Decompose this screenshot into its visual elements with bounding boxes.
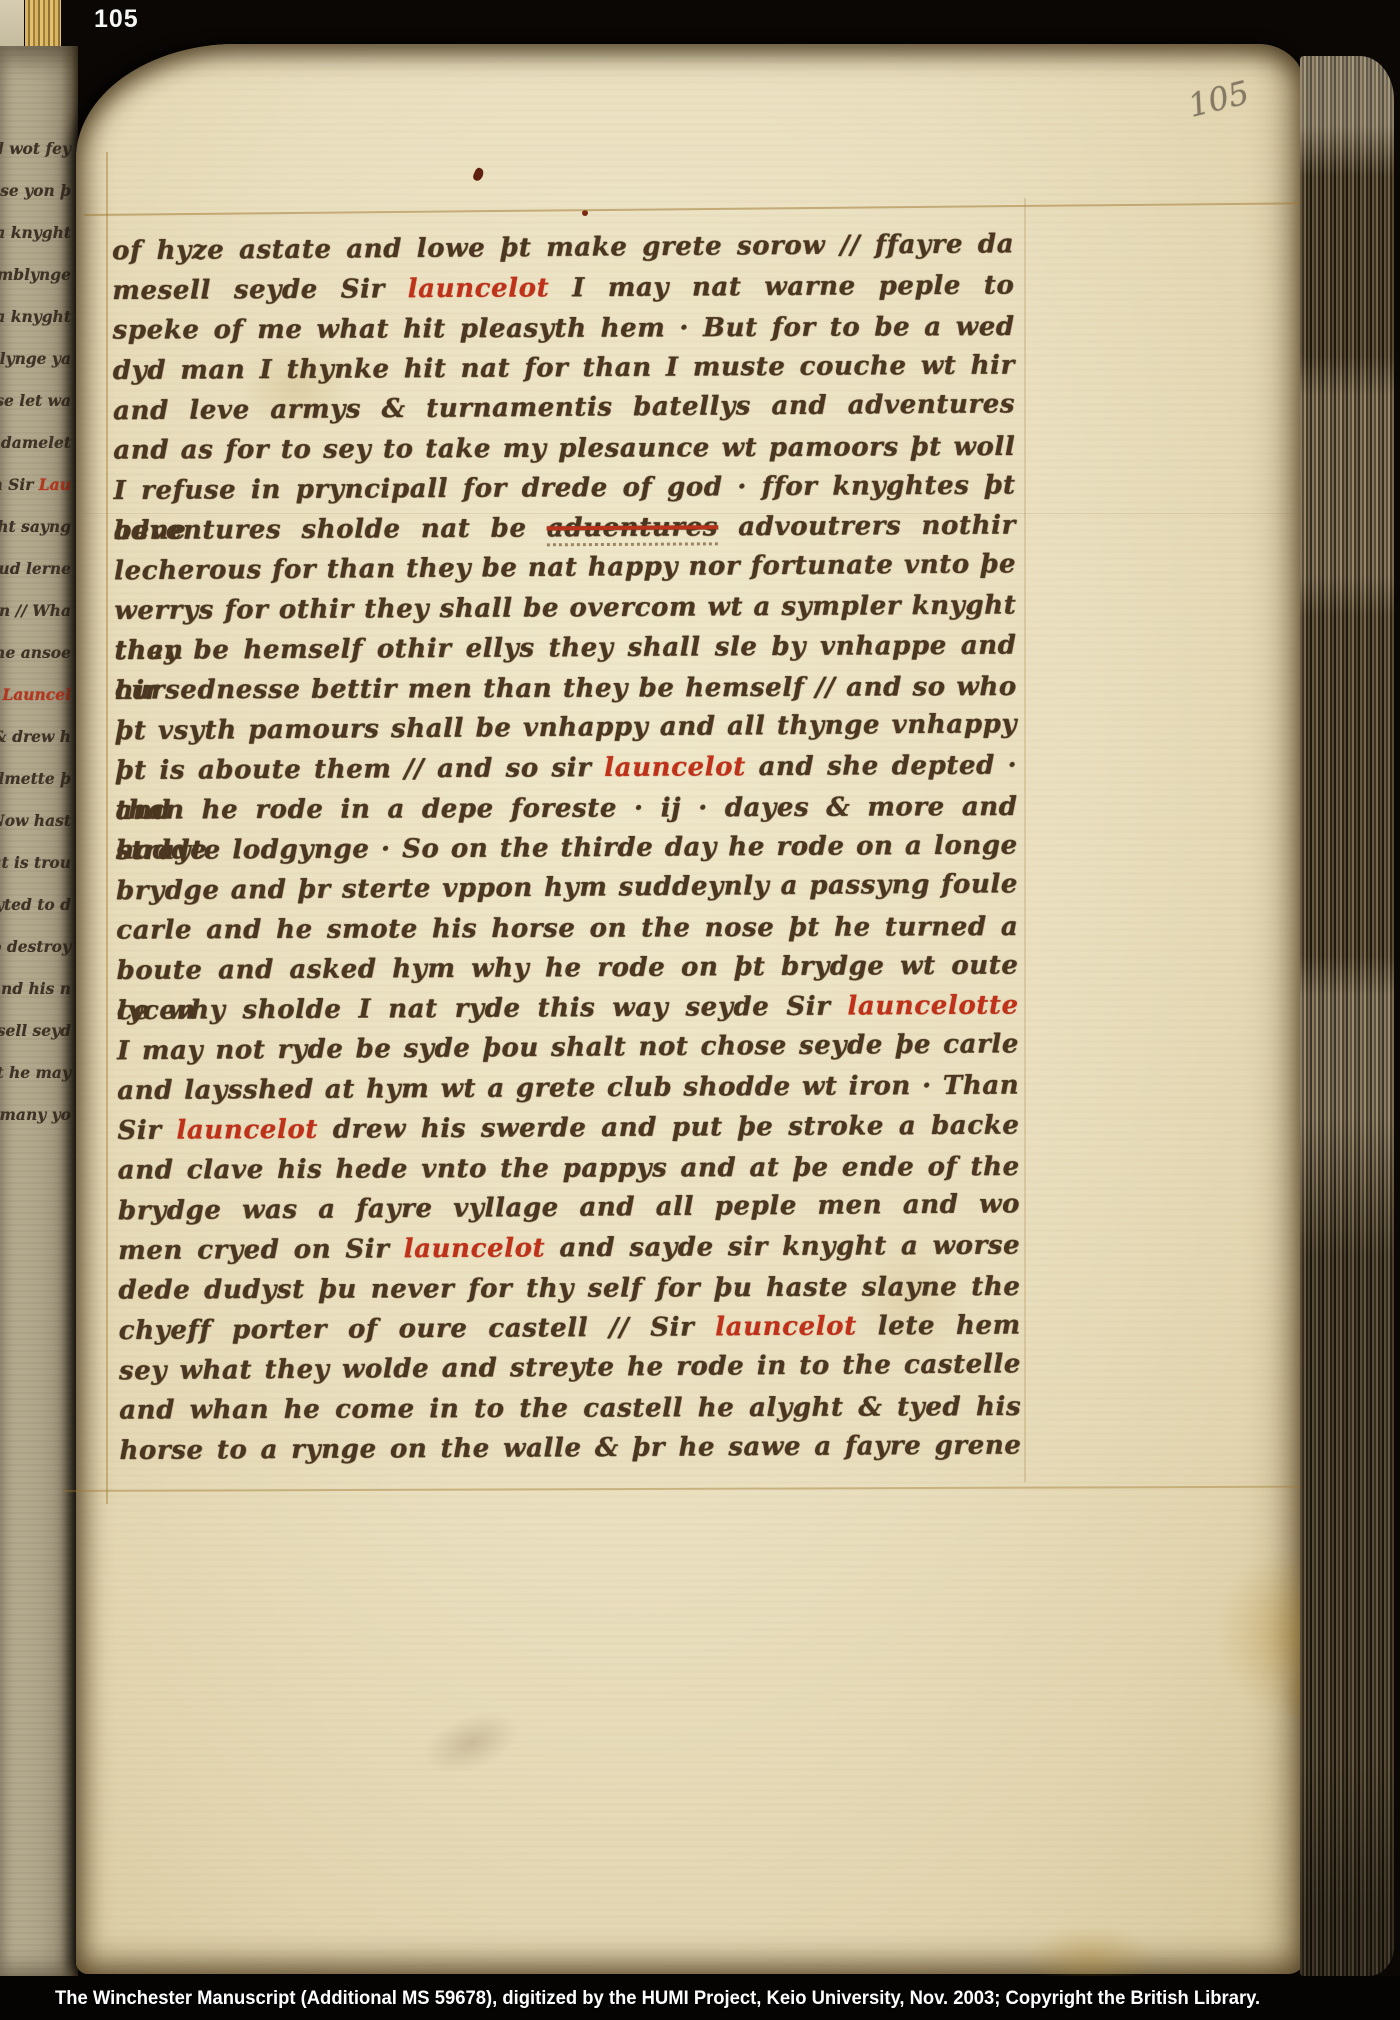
margin-fragment: ut the damelet <box>0 422 73 464</box>
previous-page-sliver: y dud wot feyy dystresse yon þad ad a kn… <box>0 46 78 1976</box>
ink-text: strayte lodgynge · So on the thirde day … <box>116 830 1018 866</box>
ink-text: who dud lerne <box>0 559 71 578</box>
ink-text: ste amblynge ya <box>0 349 71 368</box>
margin-fragment: us a knyght <box>0 296 73 338</box>
ink-text: vnto Sir <box>0 685 2 704</box>
ink-text: Sir <box>117 1116 176 1146</box>
ink-text: us a knyght <box>0 307 71 326</box>
ink-text: cursednesse bettir men than they be hems… <box>115 672 1017 706</box>
ink-text: adventures sholde nat be <box>114 513 547 546</box>
margin-fragment: ade to destroy <box>0 926 73 968</box>
manuscript-line: and as for to sey to take my plesaunce w… <box>113 427 1015 471</box>
manuscript-line: þt is aboute them // and so sir launcelo… <box>115 745 1017 791</box>
ink-text: drew his swerde and put þe stroke a back… <box>318 1110 1020 1144</box>
manuscript-line: mesell seyde Sir launcelot I may nat war… <box>112 265 1014 311</box>
book-fore-edge <box>1300 56 1394 1976</box>
ink-text: y dud wot fey <box>0 139 71 158</box>
spine-tapes <box>25 0 61 50</box>
manuscript-line: dede dudyst þu never for thy self for þu… <box>118 1267 1020 1311</box>
ink-text: and leve armys & turnamentis batellys an… <box>113 389 1015 426</box>
frame-page-number: 105 <box>94 5 139 34</box>
ink-text: e þe many yo <box>0 1105 71 1124</box>
margin-fragment: te aumblynge <box>0 254 73 296</box>
margin-fragment: ote // Now hast <box>0 800 73 842</box>
margin-fragment: e þat he may <box>0 1052 73 1094</box>
ink-text: damesell seyd <box>0 1021 71 1040</box>
ink-text: and laysshed at hym wt a grete club shod… <box>117 1070 1019 1106</box>
stain <box>415 1701 527 1786</box>
ink-text: ce why sholde I nat ryde this way seyde … <box>117 992 848 1026</box>
margin-fragment: damesell seyd <box>0 1010 73 1052</box>
margin-fragment: vnto Sir Launcel <box>0 674 73 716</box>
ink-text: brydge and þr sterte vppon hym suddeynly… <box>116 869 1018 906</box>
ink-speck <box>472 167 486 183</box>
manuscript-line: adventures sholde nat be aduentures advo… <box>114 505 1016 551</box>
manuscript-line: they be hemself othir ellys they shall s… <box>114 625 1016 671</box>
margin-fragment: ed that is trou <box>0 842 73 884</box>
caption-band: The Winchester Manuscript (Additional MS… <box>0 1976 1400 2020</box>
ink-text: ed that is trou <box>0 853 71 872</box>
ink-text: I may not ryde be syde þou shalt not cho… <box>117 1029 1019 1066</box>
ink-text: þt is aboute them // and so sir <box>115 753 604 786</box>
ink-text: þt vsyth pamours shall be vnhappy and al… <box>115 709 1017 746</box>
manuscript-line: carle and he smote his horse on the nose… <box>116 907 1018 951</box>
margin-fragment: who dud lerne <box>0 548 73 590</box>
margin-fragment: horse let wa <box>0 380 73 422</box>
rubricated-word: launcelotte <box>847 990 1018 1021</box>
ink-text: mesell seyde Sir <box>112 274 408 306</box>
ink-text: brydge was a fayre vyllage and all peple… <box>118 1189 1020 1226</box>
manuscript-line: and clave his hede vnto the pappys and a… <box>118 1147 1020 1191</box>
manuscript-text: of hyze astate and lowe þt make grete so… <box>112 225 1022 1470</box>
ink-text: and as for to sey to take my plesaunce w… <box>113 432 1015 466</box>
ink-text: e hym & drew h <box>0 727 71 746</box>
margin-fragment: e þe many yo <box>0 1094 73 1136</box>
ink-text: wayted to d <box>0 895 71 914</box>
ink-text: horse let wa <box>0 391 71 410</box>
ink-text: and whan he come in to the castell he al… <box>119 1392 1021 1426</box>
rubricated-word: launcelot <box>715 1311 857 1342</box>
ink-text: speke of me what hit pleasyth hem · But … <box>113 312 1015 346</box>
manuscript-line: sey what they wolde and streyte he rode … <box>119 1344 1021 1391</box>
ink-text: te aumblynge <box>0 265 71 284</box>
manuscript-line: than he rode in a depe foreste · ij · da… <box>115 787 1017 831</box>
manuscript-line: speke of me what hit pleasyth hem · But … <box>113 307 1015 351</box>
manuscript-viewer: { "frame": { "page_label": "105", "capti… <box>0 0 1400 2020</box>
margin-fragments: y dud wot feyy dystresse yon þad ad a kn… <box>0 128 73 1228</box>
ink-text: I may nat warne peple to <box>549 270 1014 303</box>
manuscript-line: men cryed on Sir launcelot and sayde sir… <box>118 1225 1020 1271</box>
manuscript-line: werrys for othir they shall be overcom w… <box>114 585 1016 631</box>
margin-fragment: þe knyght sayng <box>0 506 73 548</box>
ink-text: ut the damelet <box>0 433 71 452</box>
ink-text: lete hem <box>857 1310 1021 1341</box>
ink-text: y dystresse yon þ <box>0 181 71 200</box>
rubricated-word: launcelot <box>176 1115 318 1146</box>
rubricated-word: Lau <box>39 475 71 494</box>
margin-fragment: att com Sir Lau <box>0 464 73 506</box>
margin-fragment: women // Wha <box>0 590 73 632</box>
manuscript-line: of hyze astate and lowe þt make grete so… <box>112 224 1014 271</box>
manuscript-line: brydge and þr sterte vppon hym suddeynly… <box>116 864 1018 911</box>
margin-fragment: y dystresse yon þ <box>0 170 73 212</box>
ink-text: ad ad a knyght <box>0 223 71 242</box>
margin-fragment: hym he ansoe <box>0 632 73 674</box>
ink-text: sey what they wolde and streyte he rode … <box>119 1349 1021 1386</box>
ink-text: ote // Now hast <box>0 811 71 830</box>
ink-text: men and his n <box>0 979 71 998</box>
manuscript-line: I refuse in pryncipall for drede of god … <box>113 465 1015 511</box>
ink-text: of hyze astate and lowe þt make grete so… <box>112 229 1014 266</box>
manuscript-line: horse to a rynge on the walle & þr he sa… <box>119 1425 1021 1471</box>
struck-word: aduentures <box>547 512 718 546</box>
manuscript-line: I may not ryde be syde þou shalt not cho… <box>117 1024 1019 1071</box>
margin-fragment: yn wayted to d <box>0 884 73 926</box>
manuscript-line: Sir launcelot drew his swerde and put þe… <box>117 1105 1019 1151</box>
rubricated-word: launcelot <box>408 273 550 304</box>
ink-text: e þat he may <box>0 1063 71 1082</box>
ink-text: and sayde sir knyght a worse <box>545 1230 1020 1263</box>
margin-fragment: e hym & drew h <box>0 716 73 758</box>
manuscript-line: cursednesse bettir men than they be hems… <box>115 667 1017 711</box>
manuscript-line: boute and asked hym why he rode on þt br… <box>116 945 1018 991</box>
ink-text: chyeff porter of oure castell // Sir <box>119 1312 716 1346</box>
manuscript-line: strayte lodgynge · So on the thirde day … <box>116 825 1018 871</box>
ink-text: ade to destroy <box>0 937 71 956</box>
manuscript-line: and leve armys & turnamentis batellys an… <box>113 384 1015 431</box>
manuscript-line: þt vsyth pamours shall be vnhappy and al… <box>115 704 1017 751</box>
manuscript-line: ce why sholde I nat ryde this way seyde … <box>117 985 1019 1031</box>
ink-text: att com Sir <box>0 475 39 494</box>
ink-text: advoutrers nothir <box>718 510 1016 542</box>
ink-text: dyd man I thynke hit nat for than I must… <box>113 350 1015 386</box>
margin-fragment: y dud wot fey <box>0 128 73 170</box>
ruled-line-right <box>1024 198 1026 1482</box>
ink-text: dede dudyst þu never for thy self for þu… <box>118 1272 1020 1306</box>
margin-fragment: on þe helmette þ <box>0 758 73 800</box>
margin-fragment: men and his n <box>0 968 73 1010</box>
ink-text: on þe helmette þ <box>0 769 71 788</box>
manuscript-line: brydge was a fayre vyllage and all peple… <box>118 1184 1020 1231</box>
ink-text: carle and he smote his horse on the nose… <box>116 912 1018 946</box>
rubricated-word: launcelot <box>604 752 746 783</box>
manuscript-line: dyd man I thynke hit nat for than I must… <box>113 345 1015 391</box>
ink-text: and clave his hede vnto the pappys and a… <box>118 1152 1020 1186</box>
manuscript-line: and laysshed at hym wt a grete club shod… <box>117 1065 1019 1111</box>
ruled-line-left <box>106 152 108 1504</box>
manuscript-line: and whan he come in to the castell he al… <box>119 1387 1021 1431</box>
margin-fragment: ad ad a knyght <box>0 212 73 254</box>
manuscript-line: chyeff porter of oure castell // Sir lau… <box>119 1305 1021 1351</box>
ink-text: men cryed on Sir <box>118 1234 404 1266</box>
ink-text: hym he ansoe <box>0 643 71 662</box>
margin-fragment: ste amblynge ya <box>0 338 73 380</box>
caption-text: The Winchester Manuscript (Additional MS… <box>55 1988 1355 2010</box>
rubricated-word: launcelot <box>404 1233 546 1264</box>
manuscript-line: lecherous for than they be nat happy nor… <box>114 544 1016 591</box>
ink-text: horse to a rynge on the walle & þr he sa… <box>119 1430 1021 1466</box>
ink-text: þe knyght sayng <box>0 517 71 536</box>
ink-text: lecherous for than they be nat happy nor… <box>114 549 1016 586</box>
rubricated-word: Launcel <box>2 685 71 704</box>
ink-text: women // Wha <box>0 601 71 620</box>
